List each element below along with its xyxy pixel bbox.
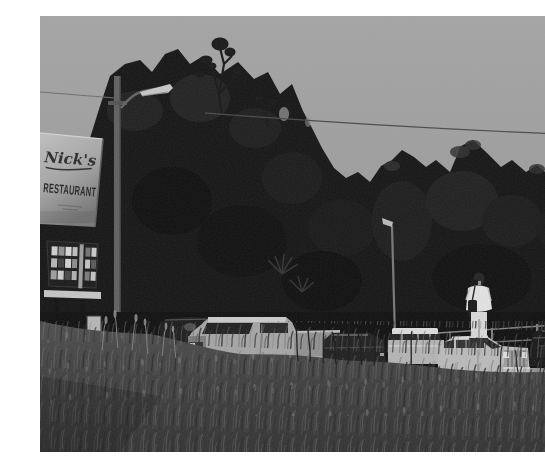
film-grain-overlay (40, 16, 545, 452)
photo-canvas: Nick's RESTAURANT (40, 16, 545, 452)
photograph: Nick's RESTAURANT (40, 16, 545, 452)
